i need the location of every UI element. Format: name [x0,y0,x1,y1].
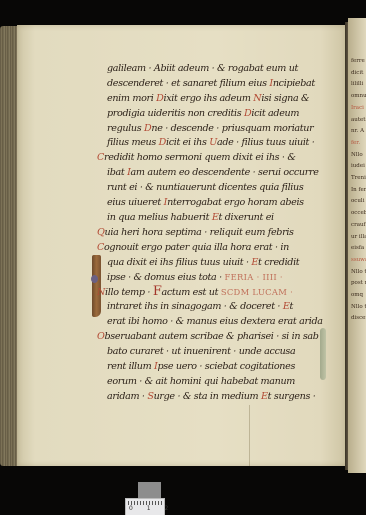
facing-text-fragment: Treni [348,173,366,185]
rubricated-text: C [97,152,104,163]
facing-text-fragment: dicit [348,68,366,80]
text-segment: t [290,301,294,312]
facing-text-fragment: Nllo t [348,267,366,279]
rubricated-text: O [97,331,105,342]
text-line: runt ei · & nuntiauerunt dicentes quia f… [107,181,332,196]
facing-text-fragment: lililli [348,79,366,91]
text-line: Cognouit ergo pater quia illa hora erat … [97,241,332,256]
facing-text-fragment: ferre [348,56,366,68]
facing-text-fragment: omq [348,290,366,302]
text-segment: ibat [107,167,127,178]
text-line: eorum · & ait homini qui habebat manum [107,375,332,390]
rubricated-text: SCDM LUCAM · [221,287,293,297]
text-segment: bseruabant autem scribae & pharisei · si… [105,331,319,342]
text-line: Obseruabant autem scribae & pharisei · s… [97,330,332,345]
facing-text-fragment: ssuwa [348,255,366,267]
text-segment: eius uiueret [107,197,164,208]
rubricated-text: D [159,137,166,148]
text-segment: t dixerunt ei [219,212,274,223]
text-segment: ne · descende · priusquam moriatur [151,123,313,134]
text-line: prodigia uideritis non creditis Dicit ad… [107,107,332,122]
text-segment: actum est ut [161,287,220,298]
text-segment: qua dixit ei ihs filius tuus uiuit · [107,257,251,268]
text-segment: ipse · & domus eius tota · [107,272,225,283]
text-segment: uia heri hora septima · reliquit eum feb… [105,227,294,238]
manuscript-text-block: galileam · Abiit adeum · & rogabat eum u… [107,62,332,404]
text-segment: galileam · Abiit adeum · & rogabat eum u… [107,63,298,74]
rubricated-text: Q [97,227,105,238]
rubricated-text: E [212,212,219,223]
text-line: qua dixit ei ihs filius tuus uiuit · Et … [107,256,332,271]
text-segment: urge · & sta in medium [154,391,261,402]
scale-ruler: 0 1 2 [125,498,165,515]
facing-page-edge: ferredicitlililliomnuIraciautetnr. Afer.… [348,18,366,473]
rubricated-text: E [283,301,290,312]
rubricated-text: E [251,257,258,268]
text-segment: ade · filius tuus uiuit · [217,137,314,148]
facing-text-fragment: nr. A [348,126,366,138]
text-segment: am autem eo descendente · serui occurre [131,167,319,178]
text-segment: t credidit [258,257,299,268]
text-segment: ncipiebat [273,78,315,89]
facing-text-fragment: crauf [348,220,366,232]
text-line: erat ibi homo · & manus eius dextera era… [107,315,332,330]
text-segment: eorum · & ait homini qui habebat manum [107,376,295,387]
text-line: filius meus Dicit ei ihs Uade · filius t… [107,136,332,151]
text-segment: descenderet · et sanaret filium eius [107,78,269,89]
text-line: aridam · Surge · & sta in medium Et surg… [107,390,332,405]
text-segment: ognouit ergo pater quia illa hora erat ·… [104,242,289,253]
text-segment: erat ibi homo · & manus eius dextera era… [107,316,323,327]
manuscript-viewer: ferredicitlililliomnuIraciautetnr. Afer.… [0,0,366,515]
text-line: descenderet · et sanaret filium eius Inc… [107,77,332,92]
facing-text-fragment: post m [348,278,366,290]
facing-text-fragment: iudei [348,161,366,173]
facing-text-fragment: fer. [348,138,366,150]
facing-text-fragment: eisfa [348,243,366,255]
text-line: in qua melius habuerit Et dixerunt ei [107,211,332,226]
text-line: rent illum Ipse uero · sciebat cogitatio… [107,360,332,375]
facing-text-fragment: omnu [348,91,366,103]
facing-text-fragment: In fer [348,185,366,197]
text-line: bato curaret · ut inuenirent · unde accu… [107,345,332,360]
text-line: intraret ihs in sinagogam · & doceret · … [107,300,332,315]
text-segment: rent illum [107,361,154,372]
text-segment: illo temp · [105,287,153,298]
initial-ornament [91,275,98,283]
text-line: ibat Iam autem eo descendente · serui oc… [107,166,332,181]
facing-text-fragment: Nllo [348,150,366,162]
text-segment: intraret ihs in sinagogam · & doceret · [107,301,283,312]
text-segment: icit adeum [251,108,299,119]
text-segment: bato curaret · ut inuenirent · unde accu… [107,346,295,357]
rubricated-text: E [261,391,268,402]
rubricated-text: U [209,137,217,148]
text-line: enim mori Dixit ergo ihs adeum Nisi sign… [107,92,332,107]
text-segment: runt ei · & nuntiauerunt dicentes quia f… [107,182,303,193]
facing-text-fragment: occeb [348,208,366,220]
text-segment: isi signa & [261,93,309,104]
text-line: Nillo temp · Factum est ut SCDM LUCAM · [97,285,332,300]
facing-text-fragment: Nllo t [348,302,366,314]
rubricated-text: N [97,287,105,298]
text-segment: icit ei ihs [166,137,209,148]
text-segment: t surgens · [268,391,316,402]
text-segment: redidit homo sermoni quem dixit ei ihs ·… [104,152,296,163]
rubricated-text: D [156,93,163,104]
text-segment: ixit ergo ihs adeum [164,93,254,104]
facing-text-fragment: Iraci [348,103,366,115]
rubricated-text: C [97,242,104,253]
text-segment: regulus [107,123,144,134]
text-segment: pse uero · sciebat cogitationes [157,361,295,372]
text-segment: aridam · [107,391,147,402]
text-line: ipse · & domus eius tota · FERIA · IIII … [107,270,332,285]
facing-text-fragment: oculi [348,196,366,208]
rubricated-text: FERIA · IIII · [225,272,283,282]
text-segment: enim mori [107,93,156,104]
text-line: galileam · Abiit adeum · & rogabat eum u… [107,62,332,77]
text-line: eius uiueret Interrogabat ergo horam abe… [107,196,332,211]
text-segment: filius meus [107,137,159,148]
text-segment: prodigia uideritis non creditis [107,108,244,119]
facing-text-fragment: discer [348,313,366,325]
facing-text-fragment: ur illa [348,232,366,244]
text-segment: nterrogabat ergo horam abeis [167,197,304,208]
facing-text-fragment: autet [348,115,366,127]
text-line: regulus Dne · descende · priusquam moria… [107,122,332,137]
ruler-labels: 0 1 2 [129,505,174,512]
text-line: Credidit homo sermoni quem dixit ei ihs … [97,151,332,166]
text-segment: in qua melius habuerit [107,212,212,223]
color-reference-patch [138,482,161,499]
text-line: Quia heri hora septima · reliquit eum fe… [97,226,332,241]
